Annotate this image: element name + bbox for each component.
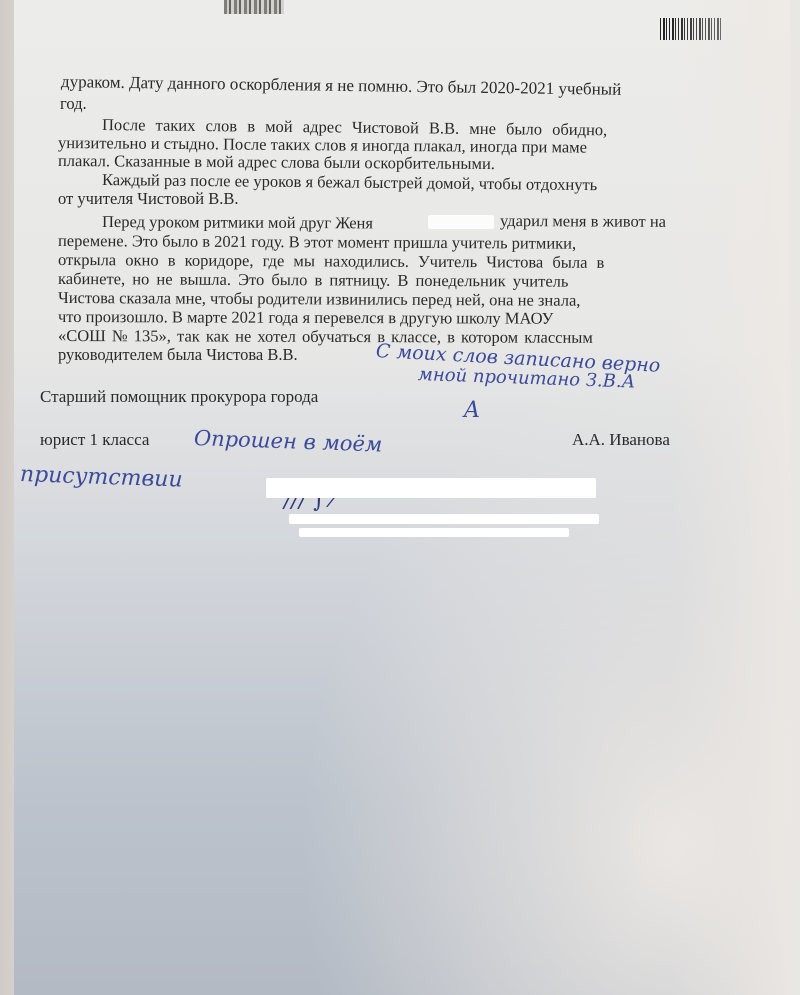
text-line: руководителем была Чистова В.В. xyxy=(58,345,298,365)
qr-code-fragment xyxy=(224,0,284,14)
barcode xyxy=(660,18,722,40)
redaction-name xyxy=(428,215,494,229)
redaction-signature-3 xyxy=(299,528,569,537)
redaction-signature-1 xyxy=(266,478,596,498)
handwritten-witness-line1: Опрошен в моём xyxy=(194,426,383,457)
document-page: дураком. Дату данного оскорбления я не п… xyxy=(14,0,790,995)
text-line: дураком. Дату данного оскорбления я не п… xyxy=(61,72,622,100)
signature-position: Старший помощник прокурора города xyxy=(40,387,318,407)
text-line: ударил меня в живот на xyxy=(500,211,666,232)
handwritten-initial: A xyxy=(464,398,480,423)
text-line: год. xyxy=(60,94,87,114)
text-line: от учителя Чистовой В.В. xyxy=(58,189,239,209)
signature-name: А.А. Иванова xyxy=(572,430,670,450)
handwritten-witness-line2: присутствии xyxy=(20,462,183,493)
signature-rank: юрист 1 класса xyxy=(40,430,149,450)
redaction-signature-2 xyxy=(289,514,599,524)
text-line: Перед уроком ритмики мой друг Женя xyxy=(102,212,373,233)
